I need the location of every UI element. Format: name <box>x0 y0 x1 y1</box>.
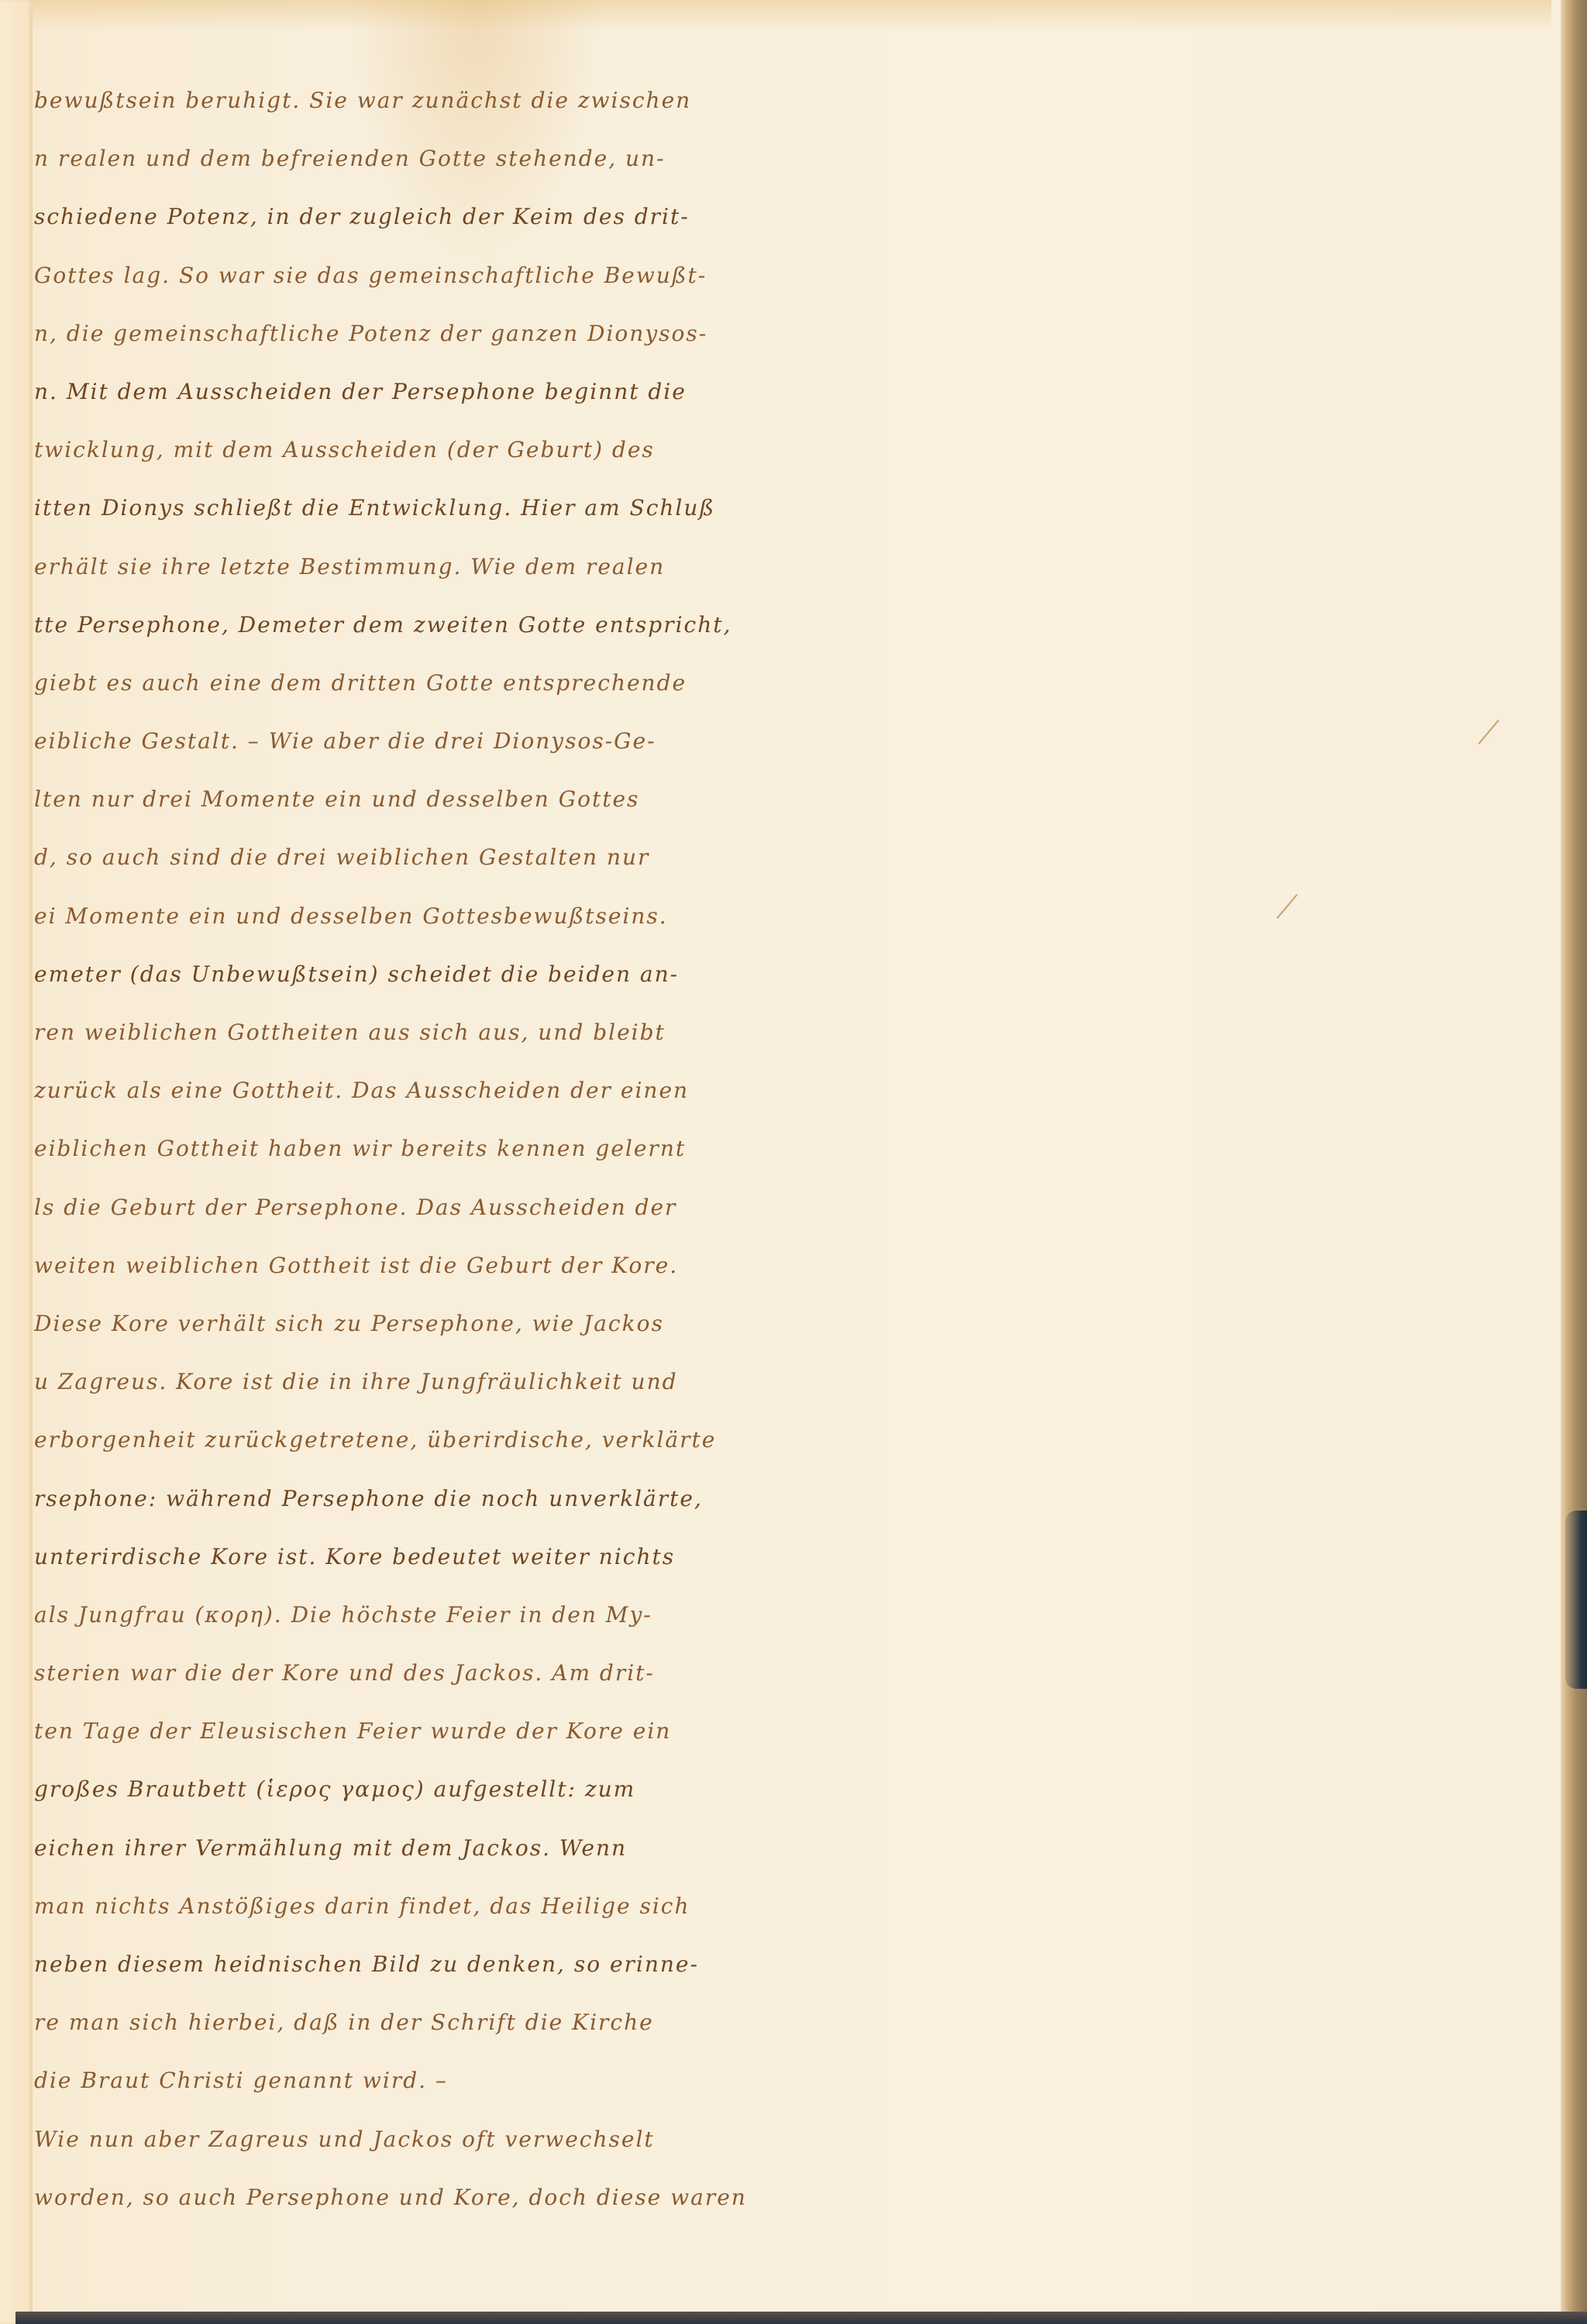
text-line: neben diesem heidnischen Bild zu denken,… <box>34 1935 871 1993</box>
text-line: Gottes lag. So war sie das gemeinschaftl… <box>34 246 871 304</box>
text-line: weiten weiblichen Gottheit ist die Gebur… <box>34 1236 871 1294</box>
text-line: rsephone: während Persephone die noch un… <box>34 1470 871 1528</box>
text-line: erhält sie ihre letzte Bestimmung. Wie d… <box>34 538 871 596</box>
text-line: ei Momente ein und desselben Gottesbewuß… <box>34 887 871 945</box>
text-line: sterien war die der Kore und des Jackos.… <box>34 1644 871 1702</box>
text-line: twicklung, mit dem Ausscheiden (der Gebu… <box>34 421 871 479</box>
right-binding-edge <box>1561 0 1587 2324</box>
text-line: lten nur drei Momente ein und desselben … <box>34 770 871 828</box>
text-line: worden, so auch Persephone und Kore, doc… <box>34 2168 871 2226</box>
top-discoloration <box>33 0 1551 31</box>
text-line: eibliche Gestalt. – Wie aber die drei Di… <box>34 712 871 770</box>
left-page-edge <box>0 0 33 2324</box>
text-line: itten Dionys schließt die Entwicklung. H… <box>34 479 871 537</box>
text-line: großes Brautbett (ἱερος γαμος) aufgestel… <box>34 1760 871 1818</box>
text-line: n. Mit dem Ausscheiden der Persephone be… <box>34 363 871 421</box>
text-line: bewußtsein beruhigt. Sie war zunächst di… <box>34 71 871 129</box>
ink-speck <box>1276 894 1297 919</box>
text-line: die Braut Christi genannt wird. – <box>34 2051 871 2109</box>
text-line: giebt es auch eine dem dritten Gotte ent… <box>34 654 871 712</box>
ink-speck <box>1478 720 1499 744</box>
text-line: tte Persephone, Demeter dem zweiten Gott… <box>34 596 871 654</box>
text-line: ten Tage der Eleusischen Feier wurde der… <box>34 1702 871 1760</box>
torn-binding-patch <box>1565 1511 1587 1689</box>
text-line: u Zagreus. Kore ist die in ihre Jungfräu… <box>34 1353 871 1411</box>
manuscript-page: bewußtsein beruhigt. Sie war zunächst di… <box>0 0 1587 2324</box>
bottom-cover-board <box>15 2312 1587 2324</box>
text-line: unterirdische Kore ist. Kore bedeutet we… <box>34 1528 871 1586</box>
text-line: Diese Kore verhält sich zu Persephone, w… <box>34 1294 871 1353</box>
text-line: re man sich hierbei, daß in der Schrift … <box>34 1993 871 2051</box>
text-line: man nichts Anstößiges darin findet, das … <box>34 1877 871 1935</box>
text-line: n realen und dem befreienden Gotte stehe… <box>34 129 871 187</box>
text-line: n, die gemeinschaftliche Potenz der ganz… <box>34 304 871 363</box>
text-line: erborgenheit zurückgetretene, überirdisc… <box>34 1411 871 1469</box>
text-line: zurück als eine Gottheit. Das Ausscheide… <box>34 1061 871 1119</box>
handwritten-text-block: bewußtsein beruhigt. Sie war zunächst di… <box>34 71 871 2226</box>
text-line: ls die Geburt der Persephone. Das Aussch… <box>34 1178 871 1236</box>
text-line: emeter (das Unbewußtsein) scheidet die b… <box>34 945 871 1003</box>
text-line: eiblichen Gottheit haben wir bereits ken… <box>34 1119 871 1177</box>
text-line: schiedene Potenz, in der zugleich der Ke… <box>34 187 871 246</box>
text-line: als Jungfrau (κορη). Die höchste Feier i… <box>34 1586 871 1644</box>
text-line: Wie nun aber Zagreus und Jackos oft verw… <box>34 2110 871 2168</box>
text-line: ren weiblichen Gottheiten aus sich aus, … <box>34 1003 871 1061</box>
text-line: d, so auch sind die drei weiblichen Gest… <box>34 828 871 886</box>
text-line: eichen ihrer Vermählung mit dem Jackos. … <box>34 1819 871 1877</box>
